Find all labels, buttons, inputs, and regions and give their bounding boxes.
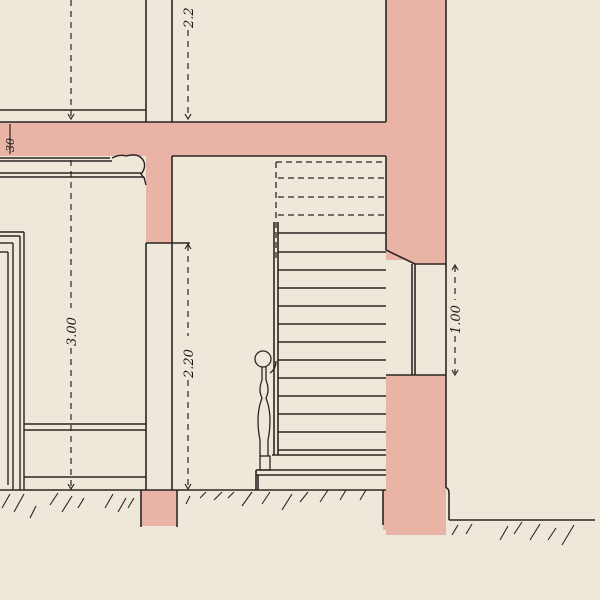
architectural-drawing: 2.2 30 3.00 2.20 1.00: [0, 0, 600, 600]
dim-upper-room-height: 2.2: [182, 7, 197, 29]
risers: [256, 222, 386, 490]
cornice: [0, 155, 146, 185]
ground-hatching: [2, 490, 574, 545]
dim-room-height-stair: 2.20: [182, 349, 197, 379]
newel-post: [255, 351, 276, 470]
door-frame: [0, 232, 146, 490]
dim-room-height-left: 3.00: [65, 317, 80, 346]
dim-slab-thickness: 30: [4, 138, 17, 152]
dim-window-height: 1.00: [449, 305, 464, 334]
section-drawing: 2.2 30 3.00 2.20 1.00: [0, 0, 600, 600]
staircase: [255, 162, 386, 490]
hidden-steps: [276, 162, 386, 260]
